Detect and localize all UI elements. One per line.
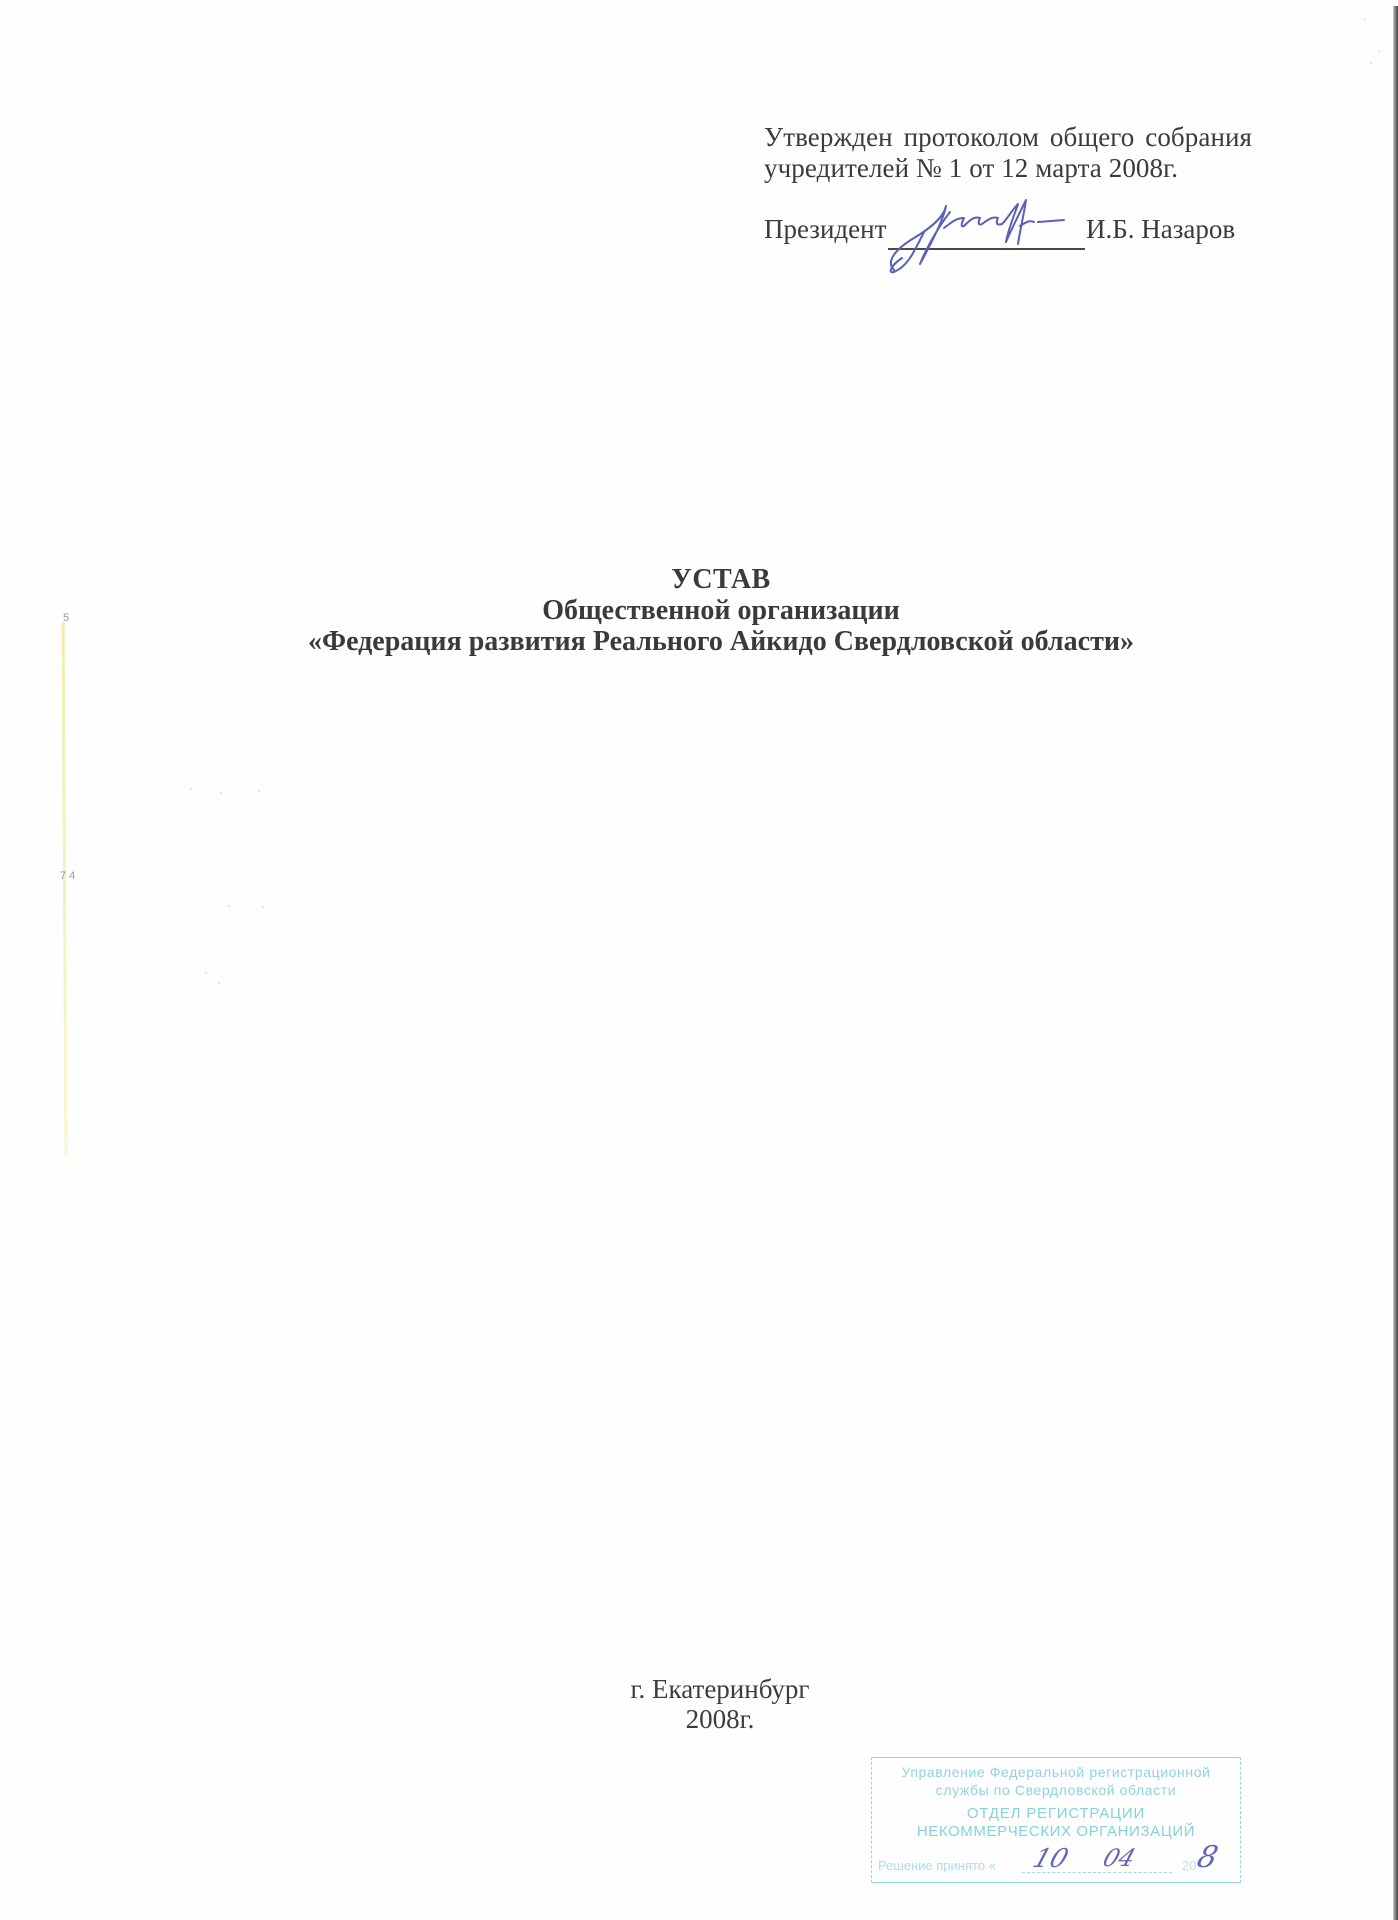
margin-highlight-line [62,622,68,1157]
city: г. Екатеринбург [0,1674,1398,1704]
scan-speck [1370,62,1372,64]
stamp-handwritten-day: 10 [1029,1844,1072,1874]
scan-edge [1393,6,1398,1920]
scan-speck [205,972,207,974]
stamp-line-4: НЕКОММЕРЧЕСКИХ ОРГАНИЗАЦИЙ [872,1823,1240,1840]
signature-line [888,248,1085,250]
scan-speck [258,790,260,792]
scan-speck [262,906,264,908]
scan-speck [1364,18,1366,20]
place-year-block: г. Екатеринбург 2008г. [0,1674,1398,1734]
scan-speck [218,982,220,984]
document-page: 5 7 4 Утвержден протоколом общего собран… [0,0,1398,1920]
handwritten-signature-icon [884,192,1104,282]
stamp-registration-label: Решение принято « [878,1858,996,1873]
scan-speck [228,905,230,907]
document-title: УСТАВ [0,564,1398,595]
registration-stamp: Управление Федеральной регистрационной с… [871,1757,1241,1883]
president-label: Президент [764,214,886,245]
stamp-handwritten-year: 8 [1194,1840,1222,1875]
stamp-handwritten-month: 04 [1099,1844,1139,1872]
scan-speck [1378,50,1380,52]
scan-speck [190,788,192,790]
approval-block: Утвержден протоколом общего собрания учр… [764,122,1252,184]
approval-line-2: учредителей № 1 от 12 марта 2008г. [764,153,1252,184]
document-subtitle: Общественной организации [0,595,1398,626]
president-name: И.Б. Назаров [1086,214,1235,245]
president-signature-row: Президент И.Б. Назаров [764,214,1284,274]
stamp-line-3: ОТДЕЛ РЕГИСТРАЦИИ [872,1805,1240,1822]
year: 2008г. [0,1704,1398,1734]
stamp-line-2: службы по Свердловской области [872,1782,1240,1798]
organization-name: «Федерация развития Реального Айкидо Све… [0,626,1398,657]
document-title-block: УСТАВ Общественной организации «Федераци… [0,564,1398,657]
approval-line-1: Утвержден протоколом общего собрания [764,122,1252,153]
margin-mark-mid: 7 4 [60,870,75,882]
stamp-line-1: Управление Федеральной регистрационной [872,1764,1240,1780]
scan-speck [220,792,222,794]
